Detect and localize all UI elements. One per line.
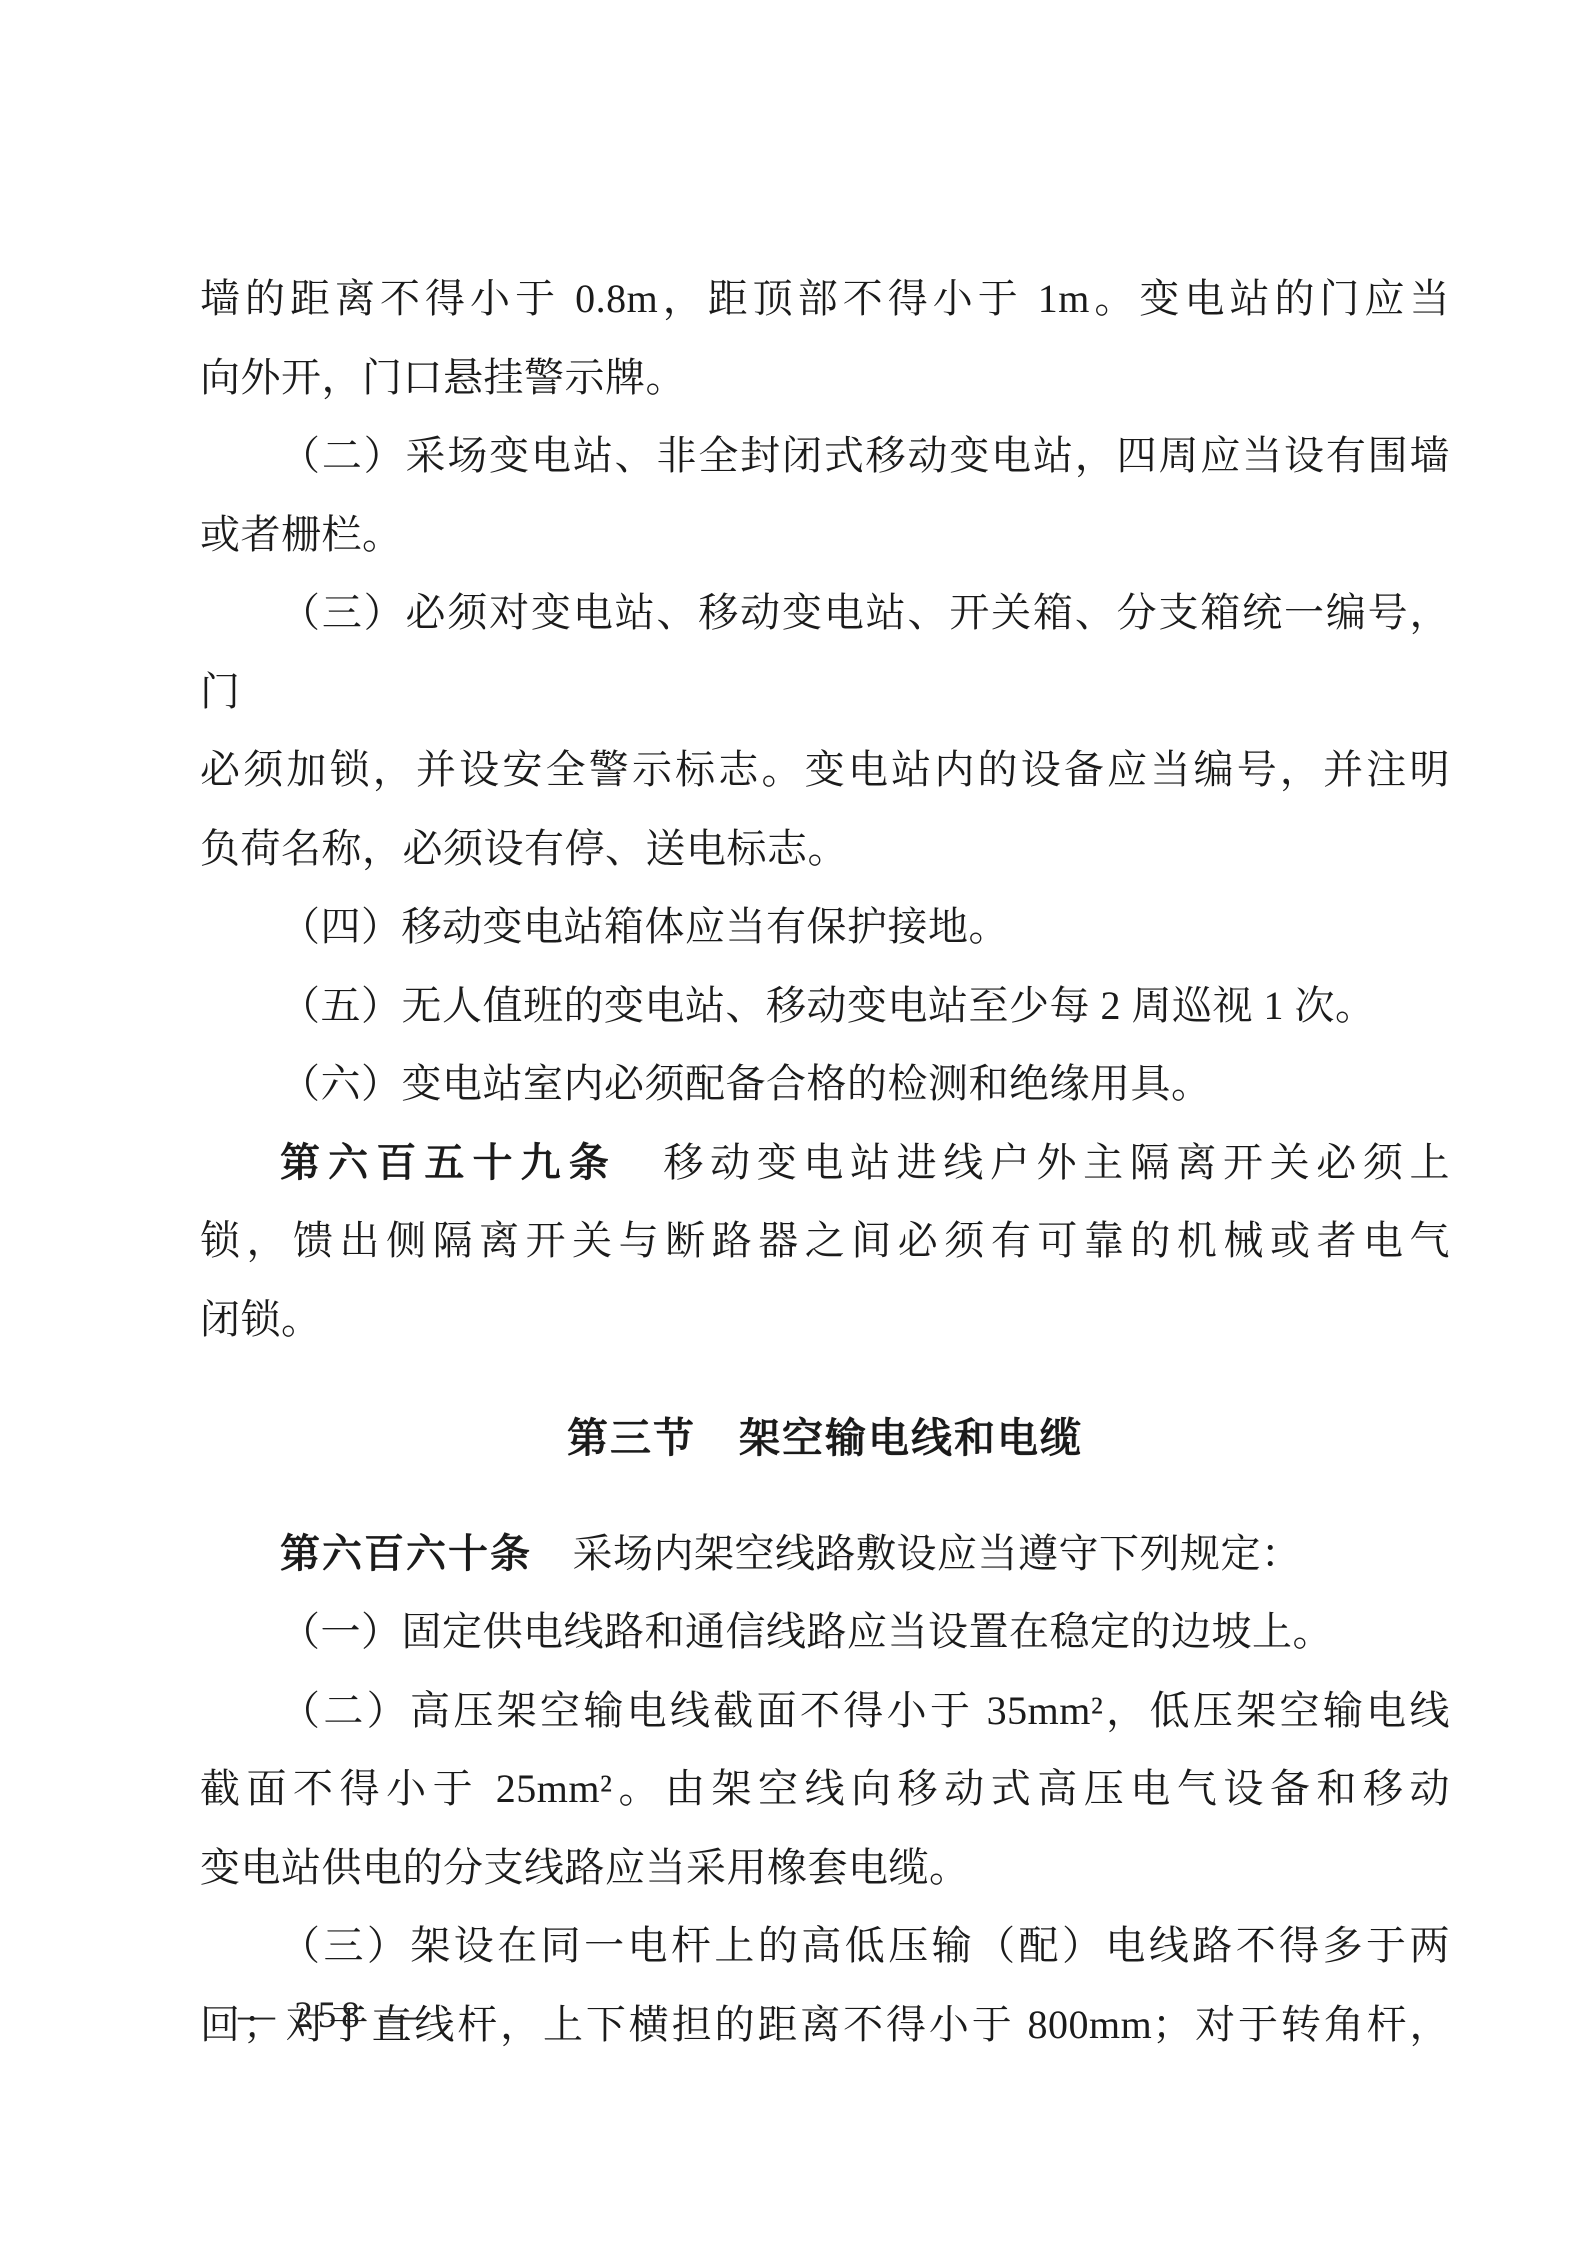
body-line: 变电站供电的分支线路应当采用橡套电缆。	[200, 1829, 1450, 1908]
line-text: （三）必须对变电站、移动变电站、开关箱、分支箱统一编号，门	[200, 590, 1450, 714]
line-text: （三）架设在同一电杆上的高低压输（配）电线路不得多于两	[280, 1923, 1450, 1968]
line-text: （四）移动变电站箱体应当有保护接地。	[280, 904, 1009, 949]
line-text: 负荷名称，必须设有停、送电标志。	[200, 826, 848, 871]
article-number: 第六百五十九条	[280, 1141, 617, 1185]
line-text: （一）固定供电线路和通信线路应当设置在稳定的边坡上。	[280, 1609, 1333, 1654]
body-line: （三）架设在同一电杆上的高低压输（配）电线路不得多于两	[200, 1907, 1450, 1986]
line-text: 向外开，门口悬挂警示牌。	[200, 355, 686, 400]
line-text: （五）无人值班的变电站、移动变电站至少每 2 周巡视 1 次。	[280, 983, 1376, 1028]
body-line: （二）高压架空输电线截面不得小于 35mm²，低压架空输电线	[200, 1672, 1450, 1751]
line-text: 必须加锁，并设安全警示标志。变电站内的设备应当编号，并注明	[200, 747, 1450, 792]
body-line: （一）固定供电线路和通信线路应当设置在稳定的边坡上。	[200, 1593, 1450, 1672]
section-heading: 第三节 架空输电线和电缆	[200, 1399, 1450, 1478]
body-line: （三）必须对变电站、移动变电站、开关箱、分支箱统一编号，门	[200, 574, 1450, 731]
body-line: 锁，馈出侧隔离开关与断路器之间必须有可靠的机械或者电气	[200, 1202, 1450, 1281]
body-line: 向外开，门口悬挂警示牌。	[200, 339, 1450, 418]
line-text: 移动变电站进线户外主隔离开关必须上	[617, 1140, 1450, 1185]
body-line: （六）变电站室内必须配备合格的检测和绝缘用具。	[200, 1045, 1450, 1124]
body-line: 第六百六十条 采场内架空线路敷设应当遵守下列规定：	[200, 1515, 1450, 1594]
line-text: 截面不得小于 25mm²。由架空线向移动式高压电气设备和移动	[200, 1766, 1450, 1811]
page-number-footer: — 258 —	[238, 1994, 421, 2038]
document-page: 墙的距离不得小于 0.8m，距顶部不得小于 1m。变电站的门应当 向外开，门口悬…	[0, 0, 1587, 2245]
body-line: 第六百五十九条 移动变电站进线户外主隔离开关必须上	[200, 1124, 1450, 1203]
body-line: 或者栅栏。	[200, 496, 1450, 575]
line-text: 变电站供电的分支线路应当采用橡套电缆。	[200, 1845, 970, 1890]
line-text: 闭锁。	[200, 1297, 322, 1342]
article-number: 第六百六十条	[280, 1532, 532, 1576]
body-line: 截面不得小于 25mm²。由架空线向移动式高压电气设备和移动	[200, 1750, 1450, 1829]
line-text: 锁，馈出侧隔离开关与断路器之间必须有可靠的机械或者电气	[200, 1218, 1450, 1263]
line-text: （二）采场变电站、非全封闭式移动变电站，四周应当设有围墙	[280, 433, 1450, 478]
body-line: 闭锁。	[200, 1281, 1450, 1360]
text-block: 墙的距离不得小于 0.8m，距顶部不得小于 1m。变电站的门应当 向外开，门口悬…	[200, 260, 1450, 2064]
body-line: （四）移动变电站箱体应当有保护接地。	[200, 888, 1450, 967]
line-text: 或者栅栏。	[200, 512, 403, 557]
line-text: 墙的距离不得小于 0.8m，距顶部不得小于 1m。变电站的门应当	[200, 276, 1450, 321]
line-text: 采场内架空线路敷设应当遵守下列规定：	[532, 1531, 1302, 1576]
body-line: 墙的距离不得小于 0.8m，距顶部不得小于 1m。变电站的门应当	[200, 260, 1450, 339]
line-text: （二）高压架空输电线截面不得小于 35mm²，低压架空输电线	[280, 1688, 1450, 1733]
body-line: 必须加锁，并设安全警示标志。变电站内的设备应当编号，并注明	[200, 731, 1450, 810]
body-line: 负荷名称，必须设有停、送电标志。	[200, 810, 1450, 889]
body-line: （五）无人值班的变电站、移动变电站至少每 2 周巡视 1 次。	[200, 967, 1450, 1046]
body-line: （二）采场变电站、非全封闭式移动变电站，四周应当设有围墙	[200, 417, 1450, 496]
line-text: （六）变电站室内必须配备合格的检测和绝缘用具。	[280, 1061, 1212, 1106]
